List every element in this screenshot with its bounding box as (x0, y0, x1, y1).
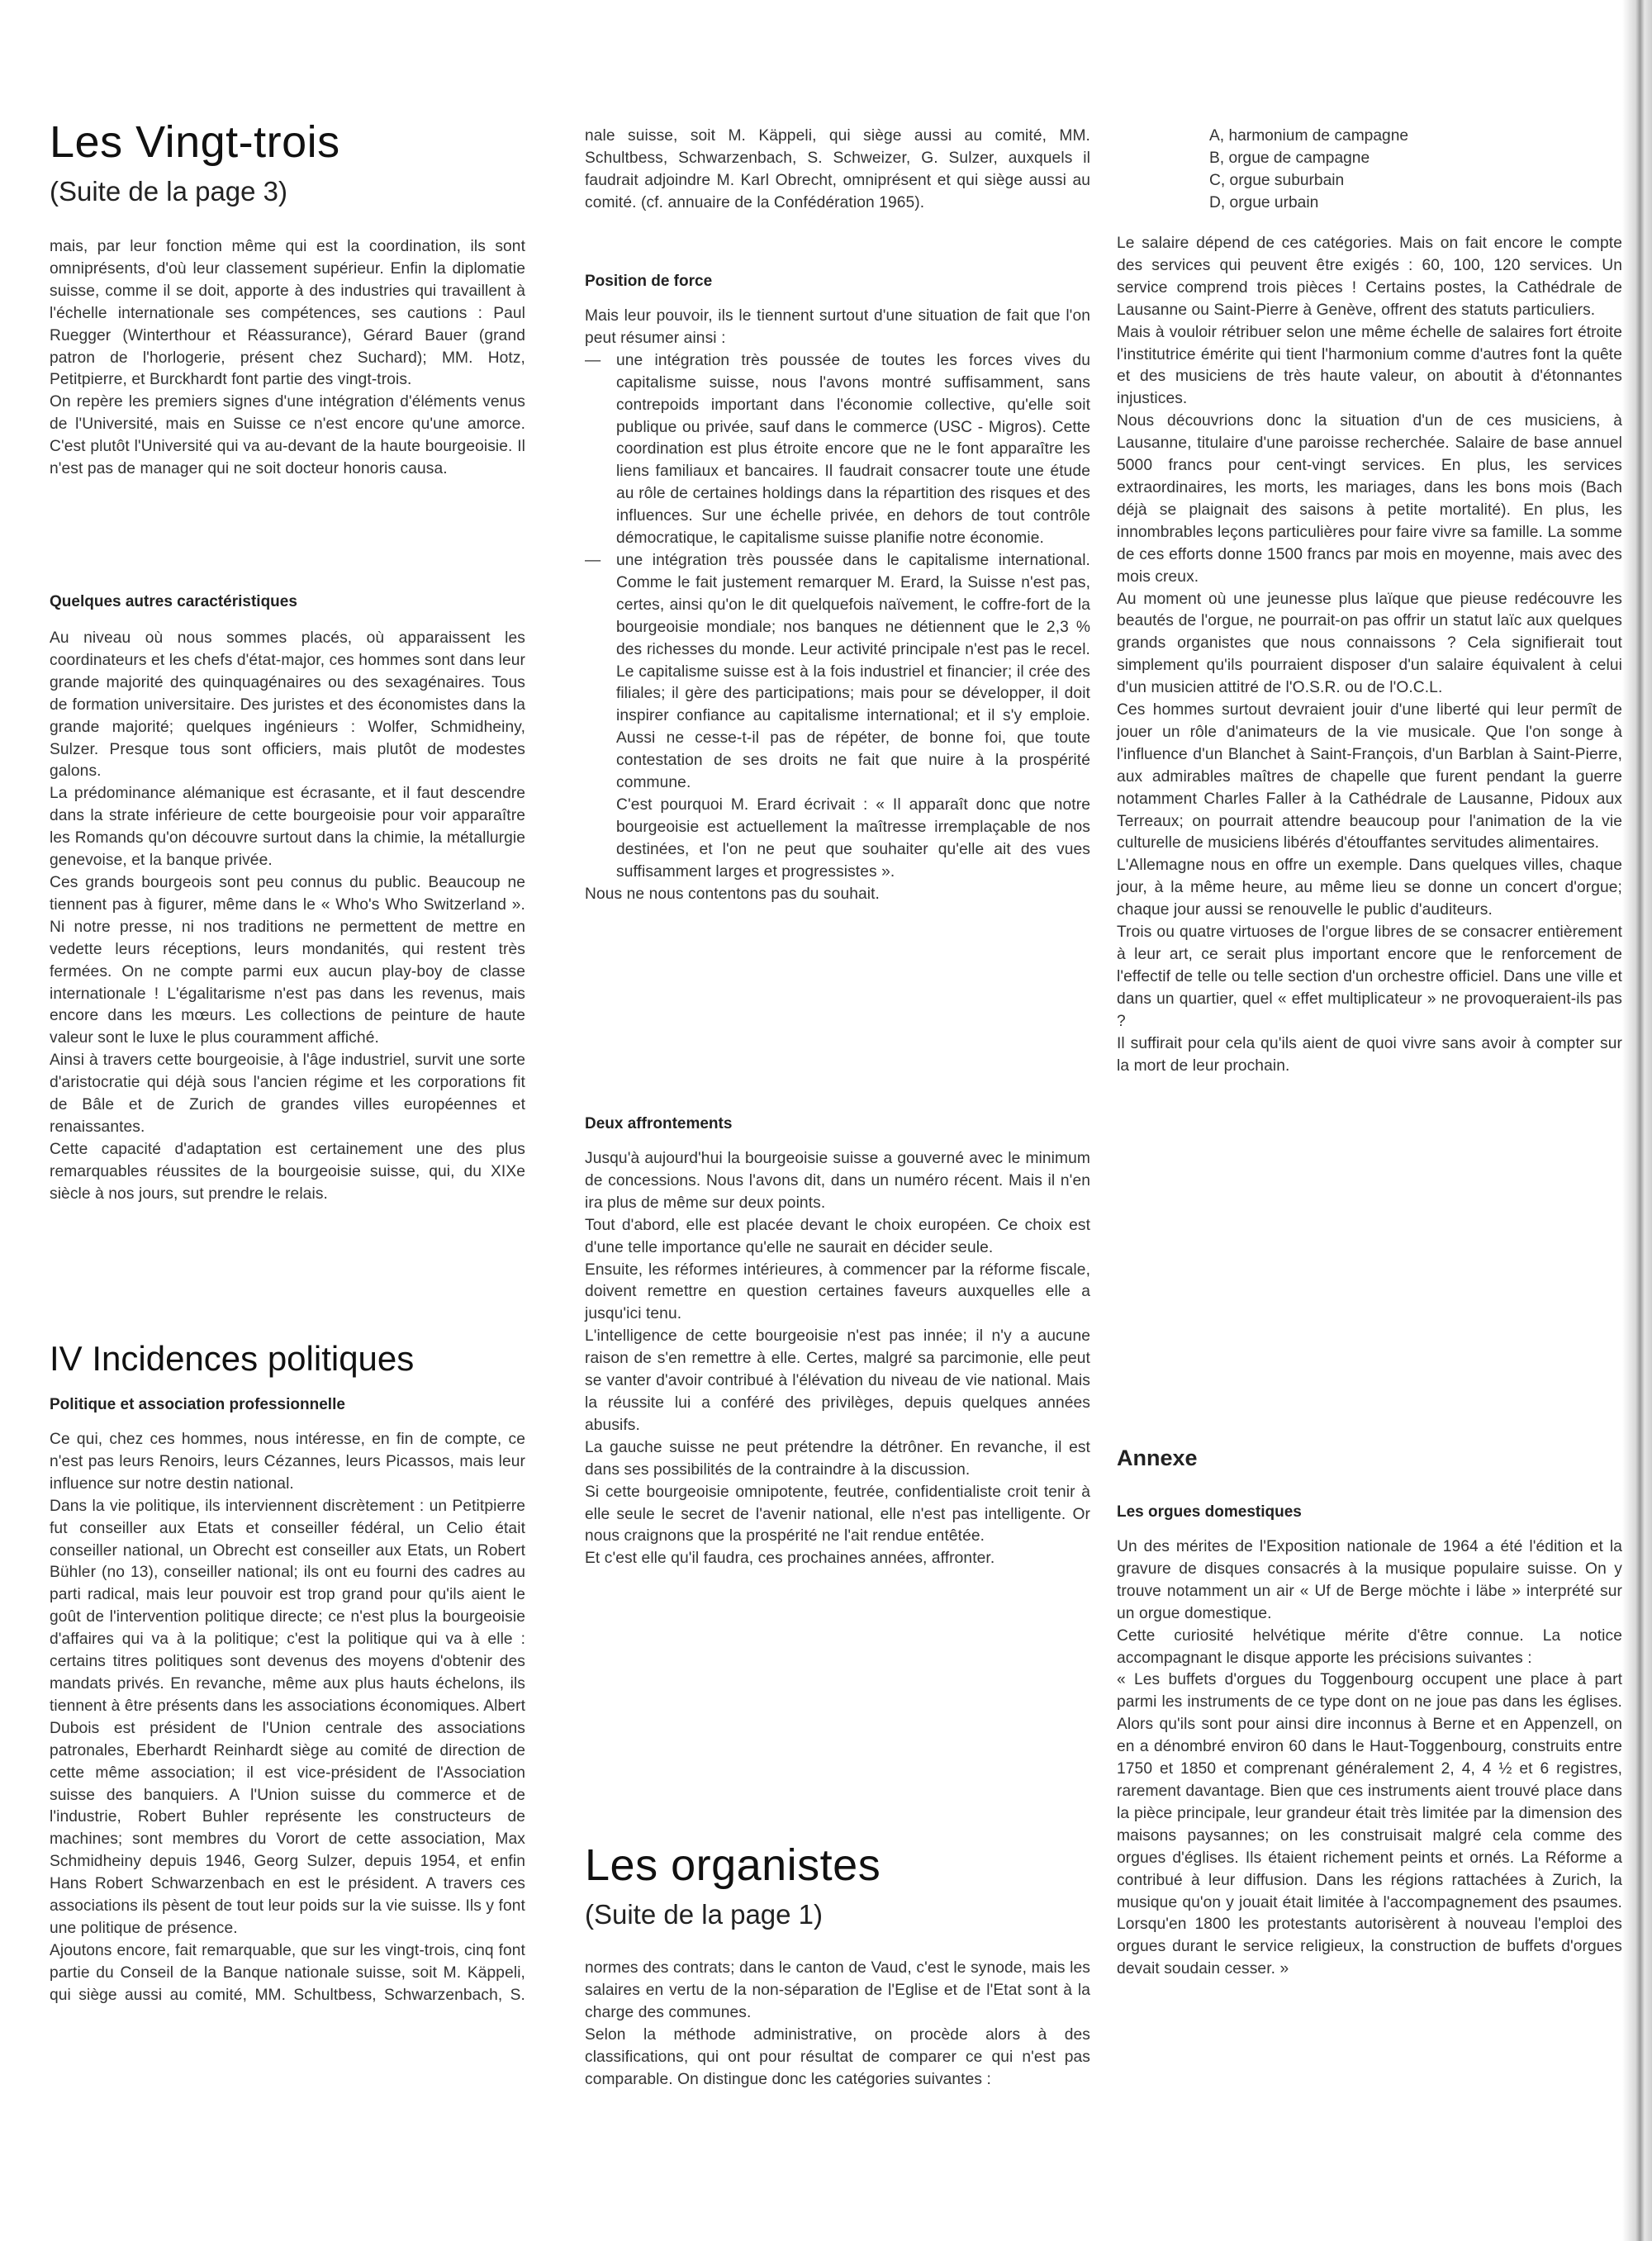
paragraph: La gauche suisse ne peut prétendre la dé… (585, 1437, 1090, 1482)
paragraph: Si cette bourgeoisie omnipotente, feutré… (585, 1482, 1090, 1549)
paragraph: normes des contrats; dans le canton de V… (585, 1958, 1090, 2025)
paragraph: L'Allemagne nous en offre un exemple. Da… (1117, 855, 1622, 922)
section-body: Mais leur pouvoir, ils le tiennent surto… (585, 306, 1090, 905)
paragraph: Ce qui, chez ces hommes, nous intéresse,… (50, 1429, 525, 1496)
category-item: A, harmonium de campagne (1117, 126, 1622, 148)
section-body: normes des contrats; dans le canton de V… (585, 1958, 1090, 2091)
page-edge-shadow (1622, 0, 1652, 2241)
paragraph: « Les buffets d'orgues du Toggenbourg oc… (1117, 1669, 1622, 1981)
paragraph: Ces grands bourgeois sont peu connus du … (50, 872, 525, 1050)
paragraph: Ces hommes surtout devraient jouir d'une… (1117, 700, 1622, 855)
category-item: D, orgue urbain (1117, 192, 1622, 215)
dash-bullet: — (585, 350, 601, 373)
intro-block: mais, par leur fonction même qui est la … (50, 236, 525, 481)
paragraph: Mais à vouloir rétribuer selon une même … (1117, 322, 1622, 411)
list-item-text: une intégration très poussée dans le cap… (616, 550, 1090, 795)
article-title-organistes: Les organistes (585, 1840, 881, 1890)
paragraph: Nous ne nous contentons pas du souhait. (585, 884, 1090, 906)
paragraph: Au moment où une jeunesse plus laïque qu… (1117, 589, 1622, 700)
paragraph: Le salaire dépend de ces catégories. Mai… (1117, 233, 1622, 322)
part-heading: IV Incidences politiques (50, 1338, 414, 1379)
dash-bullet: — (585, 550, 601, 572)
article-title-vingt-trois: Les Vingt-trois (50, 117, 340, 167)
paragraph: Ensuite, les réformes intérieures, à com… (585, 1260, 1090, 1327)
paragraph: Trois ou quatre virtuoses de l'orgue lib… (1117, 922, 1622, 1033)
list-item: — une intégration très poussée dans le c… (585, 550, 1090, 795)
section-heading: Quelques autres caractéristiques (50, 593, 297, 611)
category-item: B, orgue de campagne (1117, 148, 1622, 170)
paragraph: Au niveau où nous sommes placés, où appa… (50, 628, 525, 783)
continued-text: nale suisse, soit M. Käppeli, qui siège … (585, 126, 1090, 215)
section-heading: Deux affrontements (585, 1115, 732, 1133)
category-item: C, orgue suburbain (1117, 170, 1622, 192)
paragraph: La prédominance alémanique est écrasante… (50, 783, 525, 872)
paragraph: Et c'est elle qu'il faudra, ces prochain… (585, 1548, 1090, 1570)
paragraph: Cette capacité d'adaptation est certaine… (50, 1139, 525, 1206)
list-item: — une intégration très poussée de toutes… (585, 350, 1090, 550)
paragraph: L'intelligence de cette bourgeoisie n'es… (585, 1326, 1090, 1437)
paragraph: Cette curiosité helvétique mérite d'être… (1117, 1626, 1622, 1670)
paragraph: Dans la vie politique, ils interviennent… (50, 1496, 525, 1940)
section-heading: Les orgues domestiques (1117, 1503, 1302, 1522)
paragraph-continued: nale suisse, soit M. Käppeli, qui siège … (585, 126, 1090, 215)
section-body: Le salaire dépend de ces catégories. Mai… (1117, 233, 1622, 1077)
category-list: A, harmonium de campagne B, orgue de cam… (1117, 126, 1622, 215)
article-subtitle: (Suite de la page 3) (50, 175, 287, 208)
paragraph: Tout d'abord, elle est placée devant le … (585, 1215, 1090, 1260)
section-body: Jusqu'à aujourd'hui la bourgeoisie suiss… (585, 1148, 1090, 1570)
paragraph: Nous découvrions donc la situation d'un … (1117, 411, 1622, 588)
section-heading: Position de force (585, 273, 712, 291)
annexe-heading: Annexe (1117, 1446, 1198, 1471)
paragraph: Il suffirait pour cela qu'ils aient de q… (1117, 1033, 1622, 1078)
section-body: Au niveau où nous sommes placés, où appa… (50, 628, 525, 1206)
paragraph: Un des mérites de l'Exposition nationale… (1117, 1536, 1622, 1626)
paragraph: On repère les premiers signes d'une inté… (50, 392, 525, 481)
paragraph: Ajoutons encore, fait remarquable, que s… (50, 1940, 525, 2006)
section-body: Ce qui, chez ces hommes, nous intéresse,… (50, 1429, 525, 2006)
paragraph: mais, par leur fonction même qui est la … (50, 236, 525, 392)
paragraph: Ainsi à travers cette bourgeoisie, à l'â… (50, 1050, 525, 1139)
paragraph: Jusqu'à aujourd'hui la bourgeoisie suiss… (585, 1148, 1090, 1215)
section-heading: Politique et association professionnelle (50, 1396, 345, 1414)
paragraph: Selon la méthode administrative, on proc… (585, 2025, 1090, 2091)
paragraph: Mais leur pouvoir, ils le tiennent surto… (585, 306, 1090, 350)
quote-paragraph: C'est pourquoi M. Erard écrivait : « Il … (585, 795, 1090, 884)
list-item-text: une intégration très poussée de toutes l… (616, 350, 1090, 550)
section-body: Un des mérites de l'Exposition nationale… (1117, 1536, 1622, 1981)
article-subtitle: (Suite de la page 1) (585, 1898, 823, 1931)
